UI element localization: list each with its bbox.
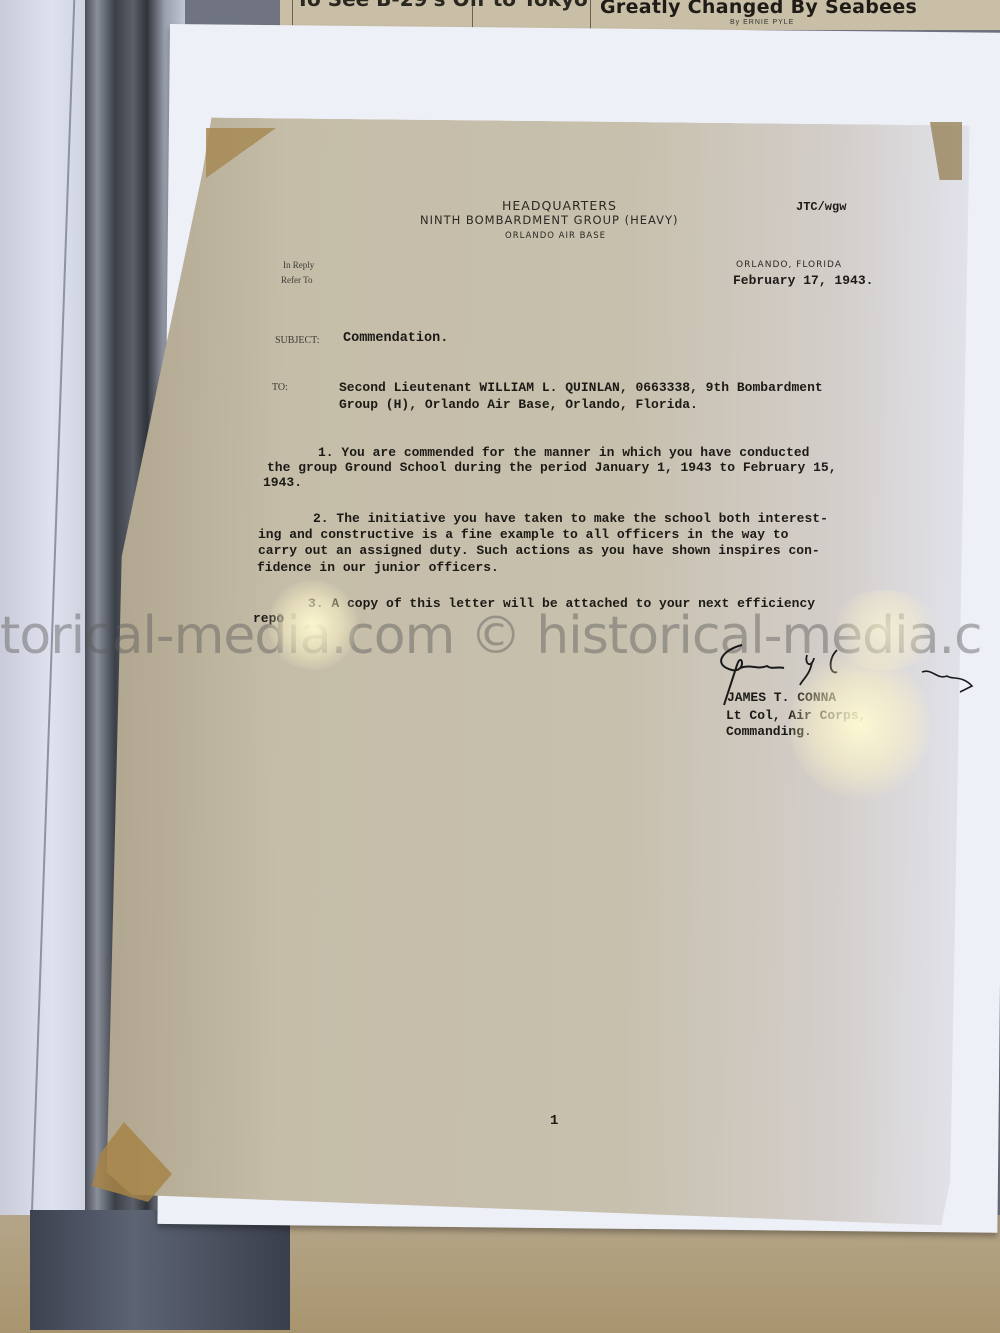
newspaper-byline: By ERNIE PYLE (730, 19, 794, 26)
letterhead-location: ORLANDO, FLORIDA (736, 260, 842, 270)
paragraph-2-line-3: carry out an assigned duty. Such actions… (258, 543, 820, 558)
light-glare (268, 580, 358, 670)
to-label: TO: (272, 382, 288, 393)
to-line-1: Second Lieutenant WILLIAM L. QUINLAN, 06… (339, 380, 823, 395)
letterhead-headquarters: HEADQUARTERS (502, 198, 617, 213)
left-album-page (0, 0, 85, 1333)
subject-label: SUBJECT: (275, 335, 320, 346)
paragraph-1-line-2: the group Ground School during the perio… (267, 460, 837, 475)
reference-code: JTC/wgw (796, 200, 846, 214)
letterhead-group: NINTH BOMBARDMENT GROUP (HEAVY) (420, 213, 679, 227)
to-line-2: Group (H), Orlando Air Base, Orlando, Fl… (339, 397, 698, 412)
paragraph-2-line-1: 2. The initiative you have taken to make… (313, 511, 828, 526)
paragraph-2-line-2: ing and constructive is a fine example t… (258, 527, 789, 542)
newspaper-headline-right: Greatly Changed By Seabees (600, 0, 917, 18)
paragraph-2-line-4: fidence in our junior officers. (257, 560, 499, 575)
paragraph-1-line-1: 1. You are commended for the manner in w… (318, 445, 809, 460)
subject-value: Commendation. (343, 331, 448, 346)
page-number: 1 (550, 1113, 558, 1129)
light-glare (830, 590, 940, 670)
paragraph-1-line-3: 1943. (263, 475, 302, 490)
in-reply-label: In Reply (283, 260, 314, 270)
refer-to-label: Refer To (281, 275, 312, 285)
newspaper-headline-left: To See B-29's Off to Tokyo (296, 0, 588, 8)
light-glare (790, 650, 930, 800)
binder-clip (30, 1210, 290, 1330)
letterhead-base: ORLANDO AIR BASE (505, 231, 606, 241)
letter-date: February 17, 1943. (733, 273, 873, 288)
